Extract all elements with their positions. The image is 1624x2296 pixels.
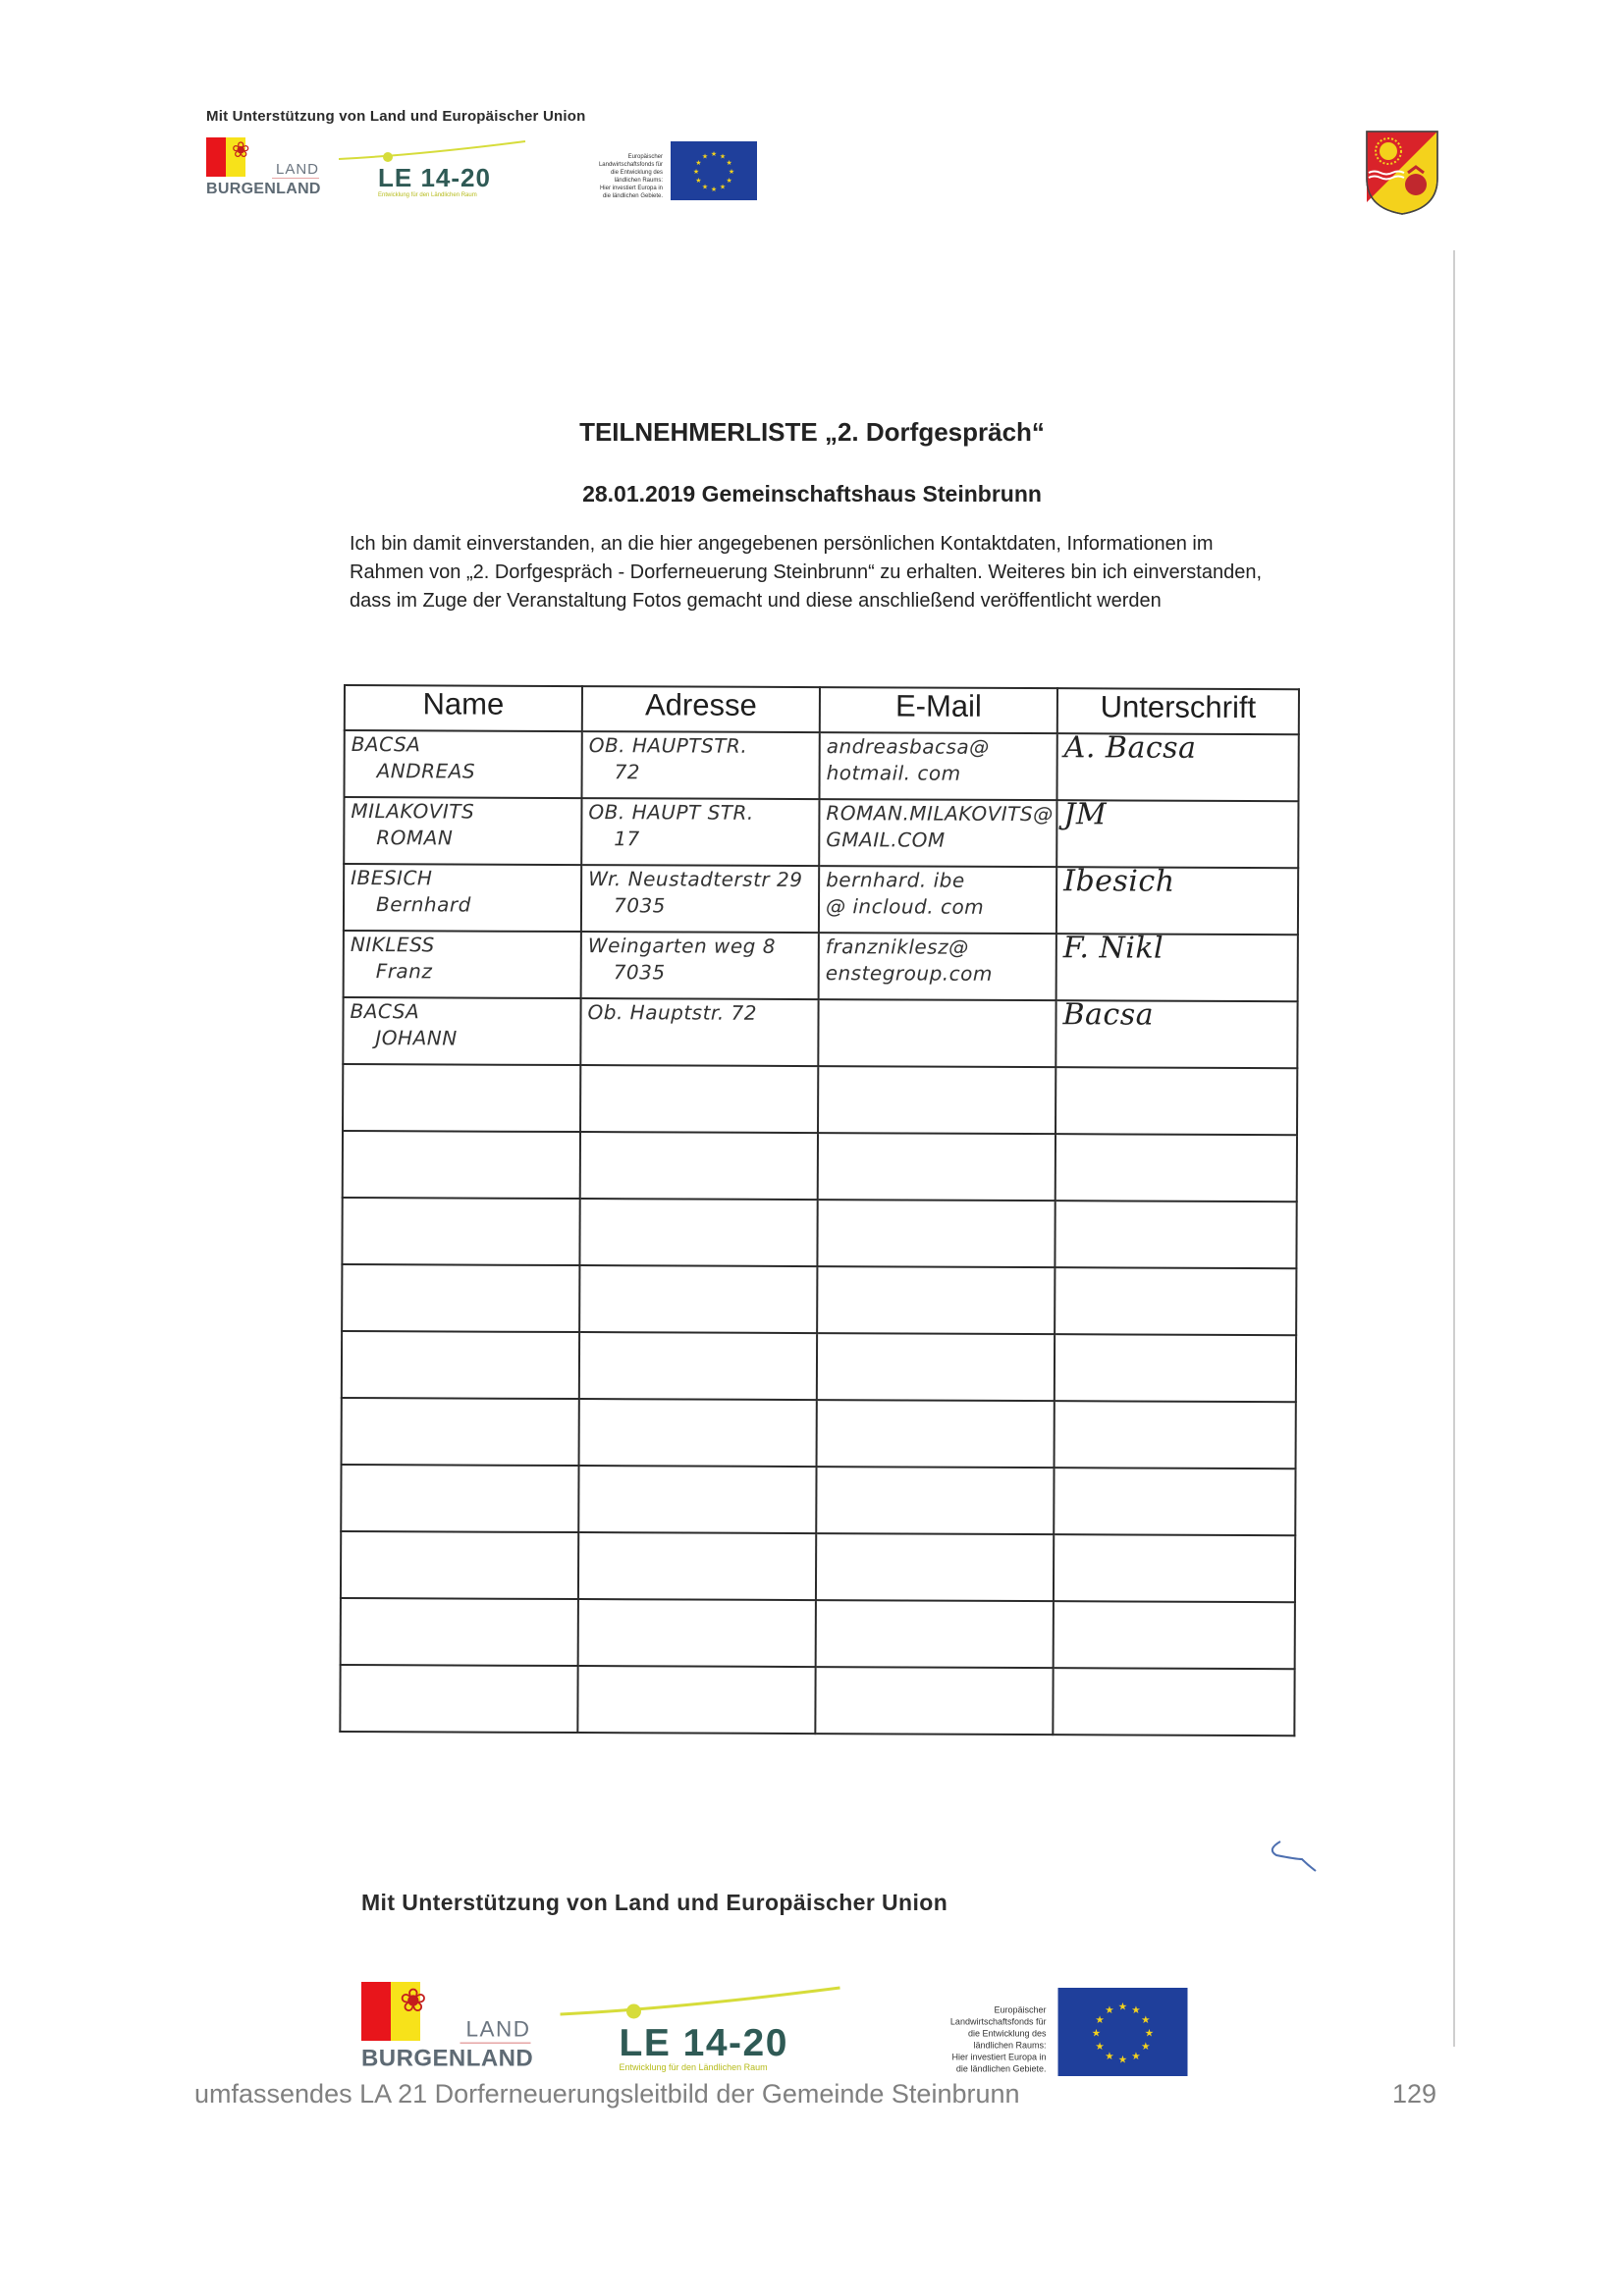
cell-signature: A. Bacsa bbox=[1056, 733, 1298, 801]
cell-address[interactable] bbox=[579, 1332, 817, 1400]
page-number: 129 bbox=[1392, 2079, 1436, 2109]
svg-text:★: ★ bbox=[1145, 2028, 1155, 2040]
cell-address[interactable] bbox=[578, 1466, 816, 1533]
cell-signature[interactable] bbox=[1053, 1668, 1294, 1735]
cell-signature[interactable] bbox=[1054, 1468, 1295, 1535]
svg-text:★: ★ bbox=[1141, 2014, 1151, 2026]
cell-name[interactable] bbox=[342, 1398, 579, 1466]
cell-name[interactable] bbox=[341, 1465, 578, 1532]
table-row-empty bbox=[342, 1398, 1296, 1468]
bottom-logo-row: ❀ LAND BURGENLAND LE 14-20 Entwicklung f… bbox=[361, 1929, 1188, 2076]
svg-text:★: ★ bbox=[695, 159, 701, 167]
eagle-icon: ❀ bbox=[232, 139, 249, 161]
table-row: IBESICHBernhardWr. Neustadterstr 297035b… bbox=[344, 864, 1298, 934]
svg-text:★: ★ bbox=[711, 150, 717, 158]
svg-text:★: ★ bbox=[1131, 2051, 1141, 2062]
cell-address[interactable] bbox=[579, 1399, 817, 1467]
table-header-row: Name Adresse E-Mail Unterschrift bbox=[345, 685, 1299, 734]
cell-name[interactable] bbox=[342, 1198, 579, 1265]
svg-text:★: ★ bbox=[702, 152, 708, 160]
cell-address[interactable] bbox=[579, 1199, 817, 1266]
top-logo-row: ❀ LAND BURGENLAND LE 14-20 Entwicklung f… bbox=[206, 137, 757, 200]
svg-text:★: ★ bbox=[711, 186, 717, 193]
cell-email[interactable] bbox=[816, 1467, 1054, 1534]
consent-text: Ich bin damit einverstanden, an die hier… bbox=[350, 530, 1292, 615]
cell-signature[interactable] bbox=[1054, 1534, 1295, 1602]
eu-fund-text: Europäischer Landwirtschaftsfonds für di… bbox=[555, 153, 663, 200]
cell-email[interactable] bbox=[817, 1333, 1055, 1401]
cell-address: OB. HAUPTSTR.72 bbox=[581, 731, 819, 799]
cell-name: BACSAJOHANN bbox=[343, 997, 580, 1065]
cell-email[interactable] bbox=[817, 1200, 1055, 1267]
le-title: LE 14-20 bbox=[378, 165, 491, 190]
cell-name: MILAKOVITSROMAN bbox=[344, 797, 581, 865]
burgenland-logo-bottom: ❀ LAND BURGENLAND bbox=[361, 1982, 531, 2076]
running-footer-title: umfassendes LA 21 Dorferneuerungsleitbil… bbox=[194, 2079, 1020, 2109]
cell-name[interactable] bbox=[340, 1665, 577, 1733]
table-row-empty bbox=[342, 1331, 1296, 1402]
svg-text:★: ★ bbox=[702, 184, 708, 191]
svg-text:★: ★ bbox=[1131, 2004, 1141, 2016]
svg-text:★: ★ bbox=[729, 168, 734, 176]
scan-edge-line bbox=[1453, 250, 1455, 2047]
table-row: BACSAJOHANNOb. Hauptstr. 72Bacsa bbox=[343, 997, 1297, 1068]
column-header-signature: Unterschrift bbox=[1057, 688, 1299, 734]
cell-name[interactable] bbox=[341, 1531, 578, 1599]
cell-name[interactable] bbox=[341, 1598, 578, 1666]
svg-text:★: ★ bbox=[1105, 2051, 1114, 2062]
burgenland-name-text: BURGENLAND bbox=[206, 181, 321, 198]
handwritten-signature: Bacsa bbox=[1062, 1001, 1290, 1029]
cell-name[interactable] bbox=[343, 1131, 580, 1199]
cell-address[interactable] bbox=[579, 1265, 817, 1333]
le-logo-bottom: LE 14-20 Entwicklung für den Ländlichen … bbox=[561, 1982, 855, 2076]
svg-text:★: ★ bbox=[726, 159, 731, 167]
cell-address[interactable] bbox=[578, 1532, 816, 1600]
cell-email[interactable] bbox=[815, 1667, 1053, 1735]
burgenland-logo: ❀ LAND BURGENLAND bbox=[206, 137, 319, 200]
cell-name: IBESICHBernhard bbox=[344, 864, 581, 932]
cell-signature[interactable] bbox=[1055, 1267, 1296, 1335]
cell-address[interactable] bbox=[578, 1599, 816, 1667]
cell-signature[interactable] bbox=[1055, 1334, 1296, 1402]
cell-email: andreasbacsa@hotmail. com bbox=[819, 732, 1056, 800]
handwritten-signature: Ibesich bbox=[1063, 868, 1291, 895]
participant-table: Name Adresse E-Mail Unterschrift BACSAAN… bbox=[339, 684, 1300, 1736]
table-row: NIKLESSFranzWeingarten weg 87035franznik… bbox=[344, 931, 1298, 1001]
cell-signature: JM bbox=[1056, 800, 1298, 868]
table-row-empty bbox=[343, 1131, 1297, 1201]
svg-text:★: ★ bbox=[1095, 2041, 1105, 2053]
svg-text:★: ★ bbox=[1118, 2055, 1128, 2066]
cell-email: ROMAN.MILAKOVITS@GMAIL.COM bbox=[819, 799, 1056, 867]
page-title: TEILNEHMERLISTE „2. Dorfgespräch“ bbox=[0, 417, 1624, 448]
cell-name: BACSAANDREAS bbox=[344, 730, 581, 798]
cell-signature: Ibesich bbox=[1056, 867, 1298, 934]
cell-address: OB. HAUPT STR.17 bbox=[581, 798, 819, 866]
handwritten-signature: JM bbox=[1063, 801, 1291, 828]
svg-text:★: ★ bbox=[1092, 2028, 1102, 2040]
cell-signature[interactable] bbox=[1056, 1067, 1297, 1135]
table-row-empty bbox=[340, 1665, 1294, 1735]
column-header-address: Adresse bbox=[582, 686, 820, 732]
cell-email: bernhard. ibe@ incloud. com bbox=[819, 866, 1056, 934]
bottom-support-line: Mit Unterstützung von Land und Europäisc… bbox=[361, 1890, 947, 1916]
cell-address[interactable] bbox=[577, 1666, 815, 1734]
svg-text:★: ★ bbox=[693, 168, 699, 176]
cell-address[interactable] bbox=[580, 1065, 818, 1133]
svg-text:★: ★ bbox=[1141, 2041, 1151, 2053]
cell-name[interactable] bbox=[342, 1264, 579, 1332]
cell-signature[interactable] bbox=[1055, 1401, 1296, 1468]
table-row-empty bbox=[343, 1064, 1297, 1135]
cell-signature[interactable] bbox=[1054, 1601, 1295, 1669]
eu-fund-text-bottom: Europäischer Landwirtschaftsfonds für di… bbox=[885, 2005, 1047, 2076]
cell-name[interactable] bbox=[342, 1331, 579, 1399]
cell-email[interactable] bbox=[817, 1400, 1055, 1468]
cell-name[interactable] bbox=[343, 1064, 580, 1132]
top-support-line: Mit Unterstützung von Land und Europäisc… bbox=[206, 108, 585, 125]
cell-email bbox=[818, 999, 1056, 1067]
svg-text:★: ★ bbox=[1095, 2014, 1105, 2026]
svg-text:★: ★ bbox=[720, 184, 726, 191]
cell-signature: Bacsa bbox=[1056, 1000, 1297, 1068]
table-row: BACSAANDREASOB. HAUPTSTR.72andreasbacsa@… bbox=[344, 730, 1298, 801]
handwritten-signature: F. Nikl bbox=[1063, 934, 1291, 962]
cell-signature: F. Nikl bbox=[1056, 934, 1298, 1001]
cell-email: franzniklesz@enstegroup.com bbox=[819, 933, 1056, 1000]
svg-text:★: ★ bbox=[726, 177, 731, 185]
table-row-empty bbox=[341, 1531, 1295, 1602]
svg-text:★: ★ bbox=[1105, 2004, 1114, 2016]
table-row: MILAKOVITSROMANOB. HAUPT STR.17ROMAN.MIL… bbox=[344, 797, 1298, 868]
cell-address: Weingarten weg 87035 bbox=[581, 932, 819, 999]
column-header-email: E-Mail bbox=[820, 687, 1057, 733]
table-row-empty bbox=[341, 1598, 1295, 1669]
svg-text:★: ★ bbox=[695, 177, 701, 185]
burgenland-land-text: LAND bbox=[272, 161, 319, 179]
table-row-empty bbox=[342, 1198, 1296, 1268]
cell-signature[interactable] bbox=[1056, 1134, 1297, 1201]
cell-email[interactable] bbox=[817, 1266, 1055, 1334]
event-subtitle: 28.01.2019 Gemeinschaftshaus Steinbrunn bbox=[0, 481, 1624, 507]
le-subtitle: Entwicklung für den Ländlichen Raum bbox=[378, 192, 477, 198]
svg-text:★: ★ bbox=[1118, 2002, 1128, 2013]
eu-flag-icon: ★★★★★★★★★★★★ bbox=[1058, 1988, 1188, 2076]
cell-email[interactable] bbox=[818, 1133, 1056, 1201]
svg-text:★: ★ bbox=[720, 152, 726, 160]
column-header-name: Name bbox=[345, 685, 582, 731]
eu-flag-icon: ★★★★★★★★★★★★ bbox=[671, 141, 757, 200]
coat-of-arms-icon bbox=[1365, 130, 1439, 216]
le-logo: LE 14-20 Entwicklung für den Ländlichen … bbox=[339, 137, 535, 200]
cell-name: NIKLESSFranz bbox=[344, 931, 581, 998]
cell-address: Ob. Hauptstr. 72 bbox=[580, 998, 818, 1066]
pen-mark bbox=[1267, 1836, 1345, 1885]
cell-address[interactable] bbox=[580, 1132, 818, 1200]
eagle-icon: ❀ bbox=[400, 1985, 427, 2017]
handwritten-signature: A. Bacsa bbox=[1064, 734, 1292, 762]
table-row-empty bbox=[341, 1465, 1295, 1535]
cell-email[interactable] bbox=[816, 1533, 1054, 1601]
cell-address: Wr. Neustadterstr 297035 bbox=[581, 865, 819, 933]
cell-email[interactable] bbox=[818, 1066, 1056, 1134]
table-row-empty bbox=[342, 1264, 1296, 1335]
cell-email[interactable] bbox=[816, 1600, 1054, 1668]
cell-signature[interactable] bbox=[1055, 1201, 1296, 1268]
